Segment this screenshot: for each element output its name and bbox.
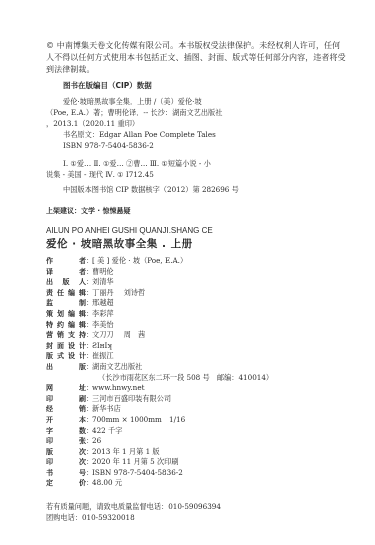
label-char: 号 xyxy=(79,468,86,479)
detail-value: 刘清华 xyxy=(92,277,114,288)
detail-value: 700mm × 1000mm 1/16 xyxy=(92,415,185,426)
label-char: 设 xyxy=(68,351,75,362)
detail-value: 李美怡 xyxy=(92,320,114,331)
detail-row: 书号：ISBN 978-7-5404-5836-2 xyxy=(46,468,273,479)
detail-row: 出版人：刘清华 xyxy=(46,277,273,288)
detail-label: 书号 xyxy=(46,468,86,479)
publisher-address: （长沙市雨花区东二环一段 508 号 邮编：410014） xyxy=(46,373,273,384)
detail-label: 特约编辑 xyxy=(46,320,86,331)
value-text: 文刀刀 xyxy=(92,330,114,339)
detail-value: 2020 年 11 月第 5 次印刷 xyxy=(92,457,179,468)
detail-label: 作者 xyxy=(46,256,86,267)
label-char: 开 xyxy=(46,415,53,426)
group-purchase-phone: 团购电话：010-59320018 xyxy=(46,513,221,524)
label-char: 印 xyxy=(46,394,53,405)
detail-label: 译者 xyxy=(46,267,86,278)
detail-row: 监制：邢越超 xyxy=(46,298,273,309)
cip-heading: 图书在版编目（CIP）数据 xyxy=(63,80,152,91)
value-text: 422 千字 xyxy=(92,426,122,435)
detail-row: 封面设计：ƧIʜIʞ xyxy=(46,341,273,352)
detail-row: 出版：湖南文艺出版社 xyxy=(46,362,273,373)
label-char: 约 xyxy=(57,320,64,331)
value-text-secondary: 刘诗哲 xyxy=(124,288,146,297)
label-char: 刷 xyxy=(79,394,86,405)
value-text: 新华书店 xyxy=(92,404,121,413)
label-char: 次 xyxy=(79,457,86,468)
copyright-page: © 中南博集天卷文化传媒有限公司。本书版权受法律保护。未经权利人许可，任何人不得… xyxy=(0,0,375,545)
detail-label: 版式设计 xyxy=(46,351,86,362)
detail-row: 字数：422 千字 xyxy=(46,426,273,437)
label-char: 印 xyxy=(46,457,53,468)
detail-value: 新华书店 xyxy=(92,404,121,415)
label-char: 辑 xyxy=(79,288,86,299)
cip-record-number: 中国版本图书馆 CIP 数据核字（2012）第 282696 号 xyxy=(46,184,286,195)
label-char: 者 xyxy=(79,267,86,278)
value-text: 湖南文艺出版社 xyxy=(92,362,142,371)
label-char: 版 xyxy=(46,447,53,458)
label-char: 印 xyxy=(46,436,53,447)
detail-row: 印次：2020 年 11 月第 5 次印刷 xyxy=(46,457,273,468)
label-char: 编 xyxy=(68,309,75,320)
label-char: 支 xyxy=(68,330,75,341)
cip-line: ，2013.1（2020.11 重印） xyxy=(46,118,286,129)
label-char: 销 xyxy=(79,404,86,415)
cip-data-block: 爱伦·坡暗黑故事全集．上册 /（美）爱伦·坡 （Poe, E.A.）著；曹明伦译… xyxy=(46,96,286,195)
value-text: 刘清华 xyxy=(92,277,114,286)
detail-value: ƧIʜIʞ xyxy=(92,341,112,352)
detail-value: 422 千字 xyxy=(92,426,122,437)
label-char: 特 xyxy=(46,320,53,331)
label-char: 张 xyxy=(79,436,86,447)
detail-value: 2013 年 1 月第 1 版 xyxy=(92,447,160,458)
detail-row: 经销：新华书店 xyxy=(46,404,273,415)
detail-row: 责任编辑：丁丽丹刘诗哲 xyxy=(46,288,273,299)
detail-row: 作者：[ 美 ] 爱伦 · 坡（Poe, E.A.） xyxy=(46,256,273,267)
detail-value: 丁丽丹刘诗哲 xyxy=(92,288,145,299)
detail-value: 邢越超 xyxy=(92,298,114,309)
detail-row: 营销支持：文刀刀周 茜 xyxy=(46,330,273,341)
value-text: 48.00 元 xyxy=(92,478,122,487)
cip-line: 爱伦·坡暗黑故事全集．上册 /（美）爱伦·坡 xyxy=(46,96,286,107)
detail-label: 监制 xyxy=(46,298,86,309)
value-text: 曹明伦 xyxy=(92,267,114,276)
detail-row: 印张：26 xyxy=(46,436,273,447)
cip-isbn: ISBN 978-7-5404-5836-2 xyxy=(46,140,286,151)
detail-value: 湖南文艺出版社 xyxy=(92,362,142,373)
label-char: 经 xyxy=(46,404,53,415)
value-text: 李彩萍 xyxy=(92,309,114,318)
label-char: 出 xyxy=(46,362,53,373)
detail-row: 策划编辑：李彩萍 xyxy=(46,309,273,320)
detail-value: ISBN 978-7-5404-5836-2 xyxy=(92,468,183,479)
detail-row: 版式设计：崔振江 xyxy=(46,351,273,362)
value-text: 三河市百盛印装有限公司 xyxy=(92,394,171,403)
detail-label: 出版人 xyxy=(46,277,86,288)
value-text: [ 美 ] 爱伦 · 坡（Poe, E.A.） xyxy=(92,256,187,265)
label-char: 计 xyxy=(79,341,86,352)
label-char: 本 xyxy=(79,415,86,426)
label-char: 址 xyxy=(79,383,86,394)
detail-label: 网址 xyxy=(46,383,86,394)
value-text: 邢越超 xyxy=(92,298,114,307)
label-char: 书 xyxy=(46,468,53,479)
detail-value: 崔振江 xyxy=(92,351,114,362)
cip-line: 说集 - 美国 - 现代 Ⅳ. ① I712.45 xyxy=(46,169,286,180)
book-title: 爱伦 · 坡暗黑故事全集 . 上册 xyxy=(46,236,193,251)
label-char: 人 xyxy=(79,277,86,288)
label-char: 编 xyxy=(68,320,75,331)
label-char: 销 xyxy=(57,330,64,341)
value-text: 26 xyxy=(92,436,101,445)
contact-info: 若有质量问题，请致电质量监督电话：010-59096394 团购电话：010-5… xyxy=(46,502,221,523)
detail-row: 网址：www.hnwy.net xyxy=(46,383,273,394)
label-char: 监 xyxy=(46,298,53,309)
detail-value: 三河市百盛印装有限公司 xyxy=(92,394,171,405)
detail-label: 印张 xyxy=(46,436,86,447)
title-pinyin: AILUN PO ANHEI GUSHI QUANJI.SHANG CE xyxy=(46,226,213,235)
detail-row: 版次：2013 年 1 月第 1 版 xyxy=(46,447,273,458)
label-char: 版 xyxy=(63,277,70,288)
label-char: 计 xyxy=(79,351,86,362)
detail-value: 曹明伦 xyxy=(92,267,114,278)
label-char: 划 xyxy=(57,309,64,320)
detail-row: 译者：曹明伦 xyxy=(46,267,273,278)
detail-label: 开本 xyxy=(46,415,86,426)
label-char: 面 xyxy=(57,341,64,352)
value-text: 2013 年 1 月第 1 版 xyxy=(92,447,160,456)
value-text: ISBN 978-7-5404-5836-2 xyxy=(92,468,183,477)
label-char: 营 xyxy=(46,330,53,341)
quality-hotline: 若有质量问题，请致电质量监督电话：010-59096394 xyxy=(46,502,221,513)
value-text: 2020 年 11 月第 5 次印刷 xyxy=(92,457,179,466)
value-text: 崔振江 xyxy=(92,351,114,360)
value-text: 700mm × 1000mm 1/16 xyxy=(92,415,185,424)
label-char: 策 xyxy=(46,309,53,320)
value-text: 李美怡 xyxy=(92,320,114,329)
label-char: 版 xyxy=(79,362,86,373)
detail-row: 定价：48.00 元 xyxy=(46,478,273,489)
detail-value: www.hnwy.net xyxy=(92,383,144,394)
detail-label: 印刷 xyxy=(46,394,86,405)
label-char: 辑 xyxy=(79,320,86,331)
label-char: 设 xyxy=(68,341,75,352)
label-char: 出 xyxy=(46,277,53,288)
detail-label: 出版 xyxy=(46,362,86,373)
detail-label: 策划编辑 xyxy=(46,309,86,320)
label-char: 持 xyxy=(79,330,86,341)
label-char: 网 xyxy=(46,383,53,394)
detail-label: 封面设计 xyxy=(46,341,86,352)
detail-value: 李彩萍 xyxy=(92,309,114,320)
label-char: 任 xyxy=(57,288,64,299)
detail-value: 48.00 元 xyxy=(92,478,122,489)
cip-line: （Poe, E.A.）著；曹明伦译．-- 长沙：湖南文艺出版社 xyxy=(46,107,286,118)
label-char: 数 xyxy=(79,426,86,437)
detail-row: 印刷：三河市百盛印装有限公司 xyxy=(46,394,273,405)
label-char: 责 xyxy=(46,288,53,299)
label-char: 作 xyxy=(46,256,53,267)
detail-value: 文刀刀周 茜 xyxy=(92,330,145,341)
label-char: 版 xyxy=(46,351,53,362)
label-char: 封 xyxy=(46,341,53,352)
detail-label: 定价 xyxy=(46,478,86,489)
label-char: 式 xyxy=(57,351,64,362)
detail-row: 开本：700mm × 1000mm 1/16 xyxy=(46,415,273,426)
detail-label: 营销支持 xyxy=(46,330,86,341)
label-char: 辑 xyxy=(79,309,86,320)
detail-label: 印次 xyxy=(46,457,86,468)
copyright-notice: © 中南博集天卷文化传媒有限公司。本书版权受法律保护。未经权利人许可，任何人不得… xyxy=(46,40,346,76)
label-char: 编 xyxy=(68,288,75,299)
publication-details: 作者：[ 美 ] 爱伦 · 坡（Poe, E.A.）译者：曹明伦出版人：刘清华责… xyxy=(46,256,273,489)
cip-line: 书名原文：Edgar Allan Poe Complete Tales xyxy=(46,129,286,140)
label-char: 定 xyxy=(46,478,53,489)
label-char: 者 xyxy=(79,256,86,267)
value-text: www.hnwy.net xyxy=(92,383,144,392)
detail-label: 责任编辑 xyxy=(46,288,86,299)
label-char: 字 xyxy=(46,426,53,437)
label-char: 次 xyxy=(79,447,86,458)
detail-label: 字数 xyxy=(46,426,86,437)
label-char: 制 xyxy=(79,298,86,309)
detail-label: 经销 xyxy=(46,404,86,415)
cip-line: Ⅰ. ①爱… Ⅱ. ①爱… ②曹… Ⅲ. ①短篇小说 - 小 xyxy=(46,158,286,169)
value-text-secondary: 周 茜 xyxy=(124,330,146,339)
detail-row: 特约编辑：李美怡 xyxy=(46,320,273,331)
label-char: 价 xyxy=(79,478,86,489)
detail-value: [ 美 ] 爱伦 · 坡（Poe, E.A.） xyxy=(92,256,187,267)
value-text: 丁丽丹 xyxy=(92,288,114,297)
label-char: 译 xyxy=(46,267,53,278)
shelf-suggestion: 上架建议：文学 · 惊悚悬疑 xyxy=(46,206,131,216)
detail-label: 版次 xyxy=(46,447,86,458)
detail-value: 26 xyxy=(92,436,101,447)
value-text: ƧIʜIʞ xyxy=(92,341,112,350)
